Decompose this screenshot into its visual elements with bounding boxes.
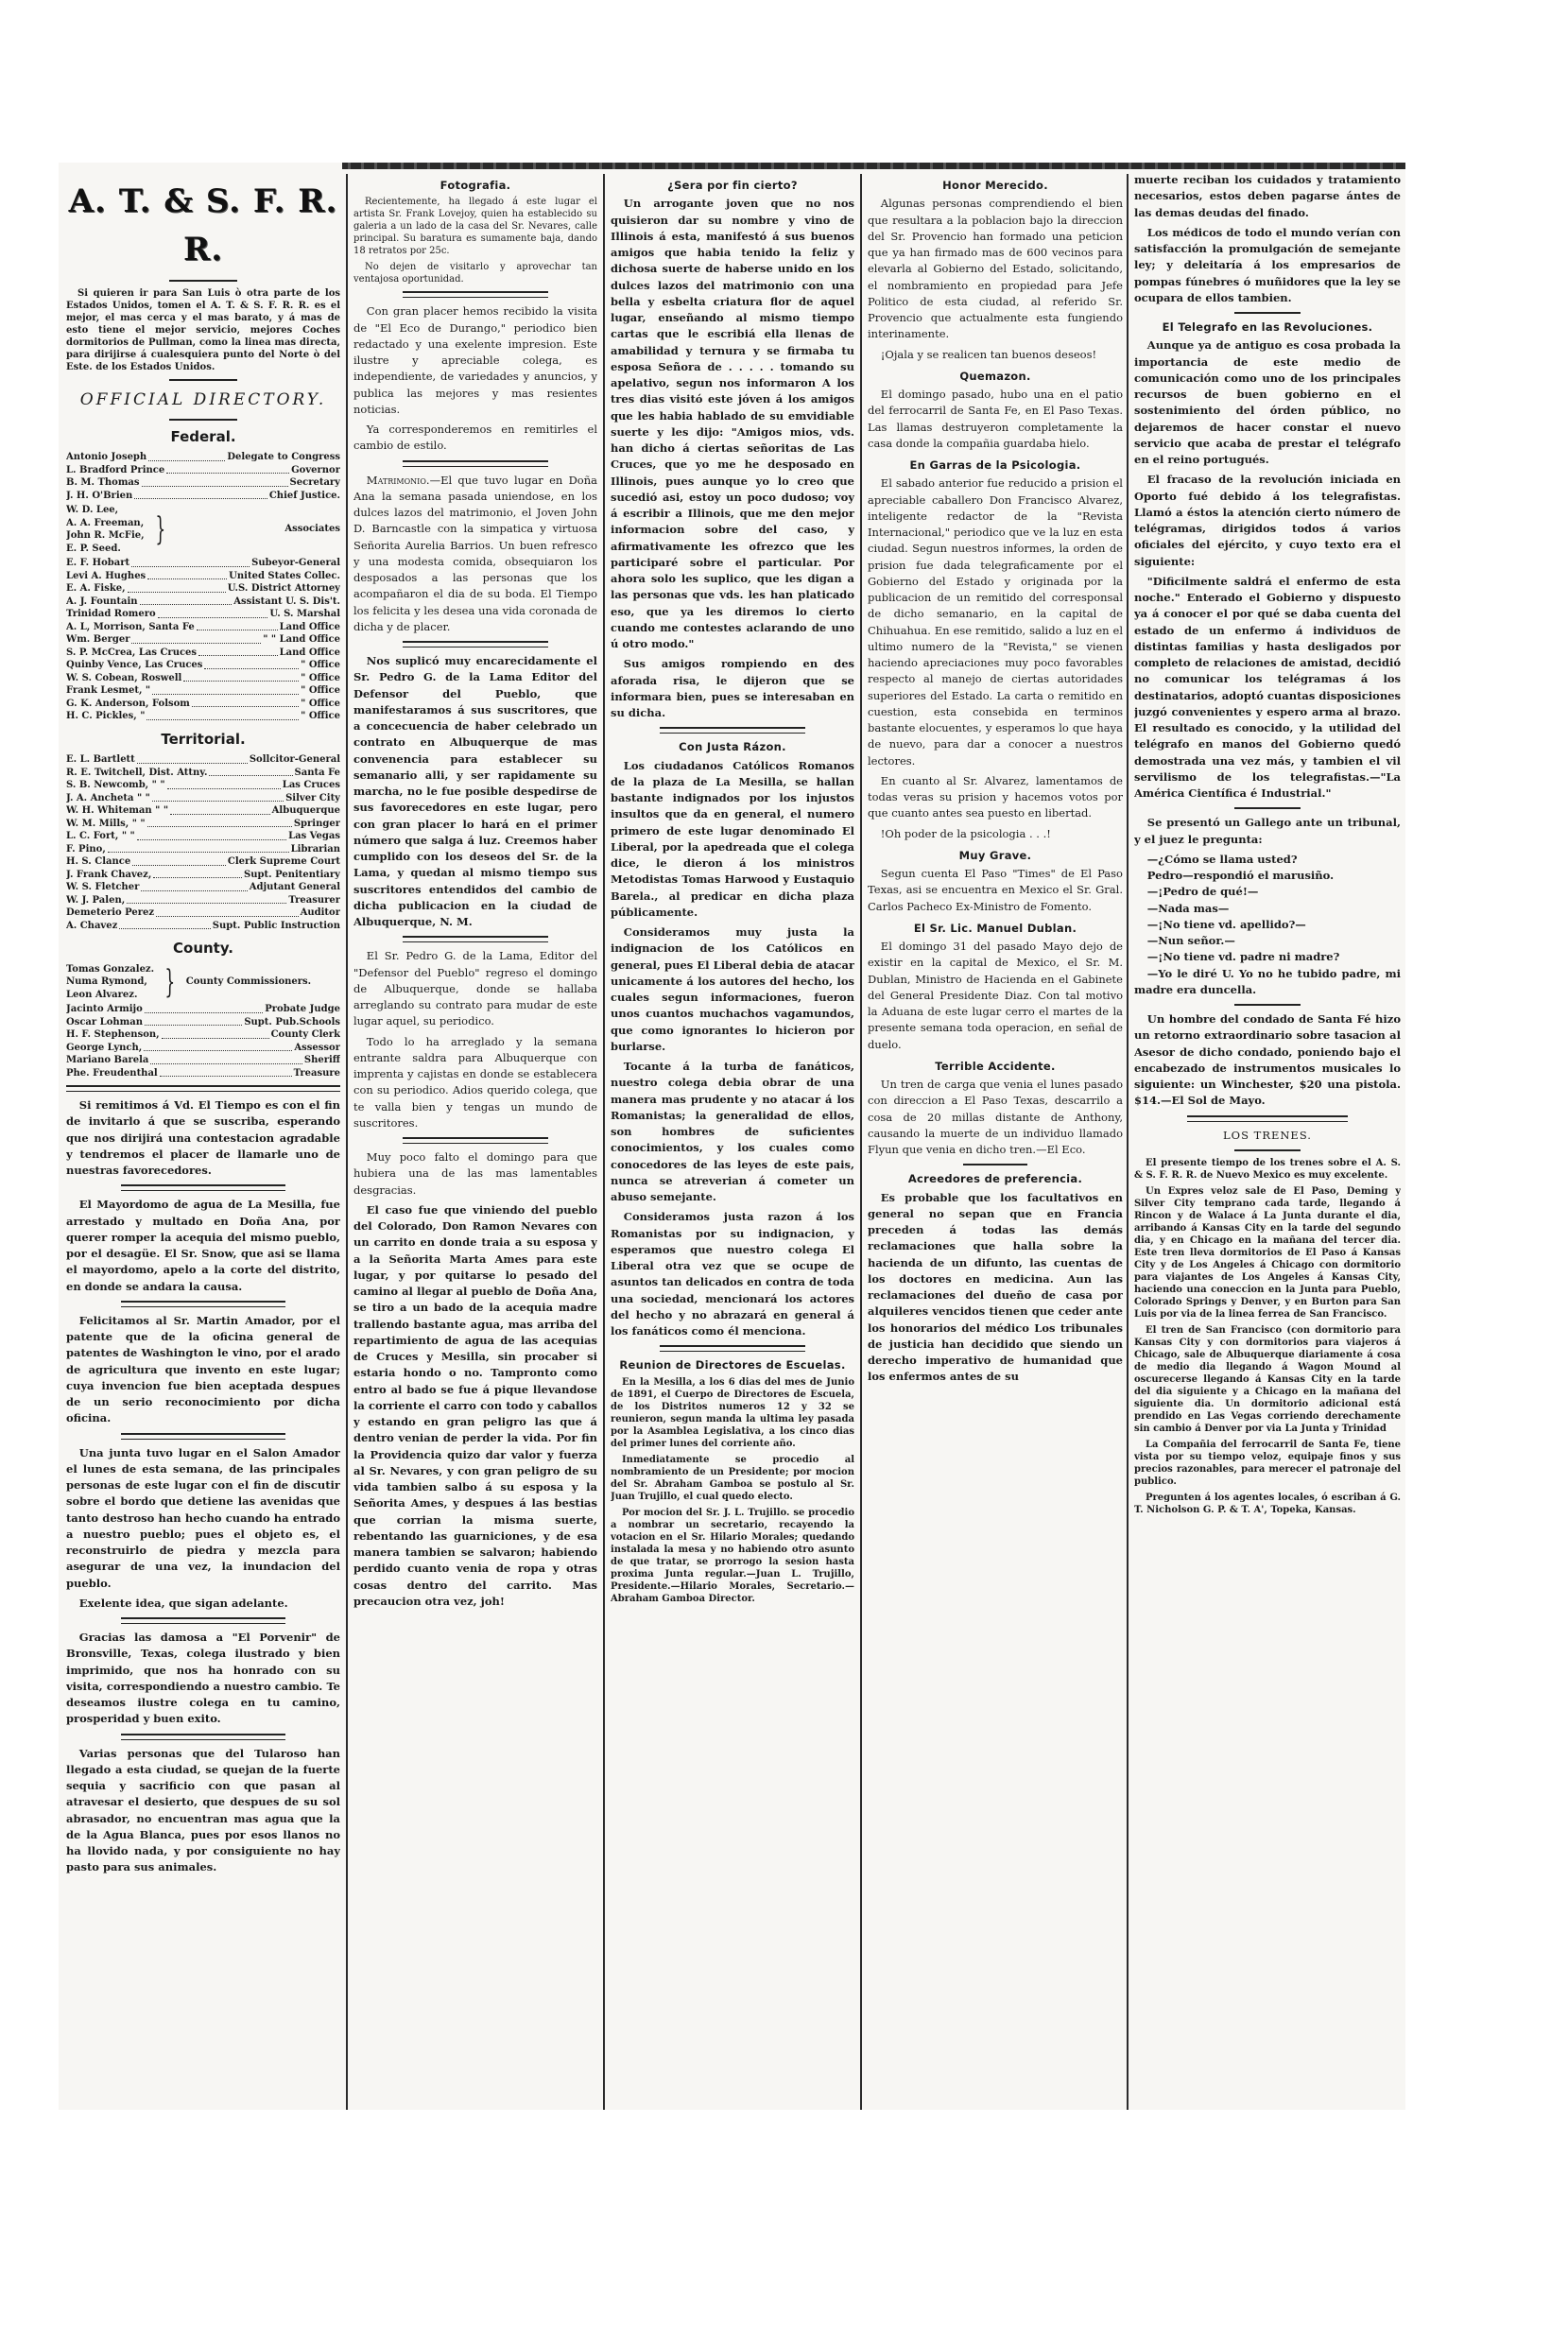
separator: [121, 1617, 285, 1624]
directory-row: Wm. Berger" " Land Office: [66, 633, 340, 647]
sera-cierto-text-2: Sus amigos rompiendo en des aforada risa…: [611, 656, 854, 721]
official-office: Land Office: [280, 647, 340, 660]
justa-razon-text-3: Tocante á la turba de fanáticos, nuestro…: [611, 1059, 854, 1205]
official-name: E. L. Bartlett: [66, 753, 135, 767]
separator: [121, 1184, 285, 1191]
leader-dots: [145, 1003, 263, 1013]
directory-row: E. A. Fiske,U.S. District Attorney: [66, 582, 340, 596]
official-name: A. A. Freeman,: [66, 517, 145, 530]
official-office: Las Vegas: [288, 830, 340, 843]
official-office: Silver City: [285, 792, 340, 805]
honor-merecido-text-2: ¡Ojala y se realicen tan buenos deseos!: [868, 347, 1123, 363]
separator: [403, 291, 549, 298]
separator: [403, 641, 549, 647]
official-name: W. J. Palen,: [66, 894, 125, 907]
official-office: " Office: [301, 710, 340, 723]
muy-grave-headline: Muy Grave.: [868, 848, 1123, 864]
directory-row: Levi A. HughesUnited States Collec.: [66, 570, 340, 583]
leader-dots: [131, 557, 250, 567]
official-office: U. S. Marshal: [269, 608, 340, 621]
leader-dots: [209, 767, 292, 777]
official-name: W. S. Fletcher: [66, 881, 139, 894]
official-office: United States Collec.: [229, 570, 340, 583]
separator: [169, 379, 238, 381]
dublan-text: El domingo 31 del pasado Mayo dejo de ex…: [868, 939, 1123, 1053]
trenes-text-5: Pregunten á los agentes locales, ó escri…: [1134, 1492, 1401, 1516]
muy-grave-text: Segun cuenta El Paso "Times" de El Paso …: [868, 866, 1123, 915]
federal-directory-list-2: E. F. HobartSubeyor-GeneralLevi A. Hughe…: [66, 557, 340, 723]
gallego-text: Se presentó un Gallego ante un tribunal,…: [1134, 815, 1401, 848]
leader-dots: [162, 1028, 269, 1039]
official-name: L. C. Fort, " ": [66, 830, 135, 843]
official-office: " Office: [301, 684, 340, 698]
official-name: Trinidad Romero: [66, 608, 156, 621]
federal-directory-list: Antonio JosephDelegate to CongressL. Bra…: [66, 451, 340, 502]
leader-dots: [152, 684, 299, 695]
leader-dots: [183, 672, 299, 682]
directory-row: F. Pino,Librarian: [66, 843, 340, 856]
directory-row: W. S. Cobean, Roswell" Office: [66, 672, 340, 685]
leader-dots: [145, 1016, 242, 1027]
directory-row: W. S. FletcherAdjutant General: [66, 881, 340, 894]
directory-row: A. ChavezSupt. Public Instruction: [66, 920, 340, 933]
official-name: J. Frank Chavez,: [66, 869, 151, 882]
directory-row: Quinby Vence, Las Cruces" Office: [66, 659, 340, 672]
separator: [1234, 1149, 1301, 1151]
directory-row: R. E. Twitchell, Dist. Attny.Santa Fe: [66, 767, 340, 780]
directory-row: A. J. FountainAssistant U. S. Dis't.: [66, 596, 340, 609]
column-divider: [603, 174, 605, 2110]
gallego-dialog: —¿Cómo se llama usted?Pedro—respondió el…: [1134, 852, 1401, 998]
official-name: A. J. Fountain: [66, 596, 138, 609]
official-name: E. P. Seed.: [66, 543, 145, 556]
local-news-item: Una junta tuvo lugar en el Salon Amador …: [66, 1445, 340, 1592]
leader-dots: [153, 869, 242, 879]
matrimonio-text: —El que tuvo lugar en Doña Ana la semana…: [353, 474, 597, 633]
local-news-item: Varias personas que del Tularoso han lle…: [66, 1746, 340, 1876]
column-5: muerte reciban los cuidados y tratamient…: [1134, 172, 1401, 2110]
trenes-text: El presente tiempo de los trenes sobre e…: [1134, 1157, 1401, 1182]
directory-row: Jacinto ArmijoProbate Judge: [66, 1003, 340, 1016]
trenes-text-3: El tren de San Francisco (con dormitorio…: [1134, 1324, 1401, 1435]
county-commissioners-group: Tomas Gonzalez.Numa Rymond,Leon Alvarez.…: [66, 963, 340, 1002]
psicologia-text-3: !Oh poder de la psicologia . . .!: [868, 826, 1123, 842]
directory-row: S. P. McCrea, Las CrucesLand Office: [66, 647, 340, 660]
railroad-masthead: A. T. & S. F. R. R.: [66, 178, 340, 274]
column-divider: [860, 174, 862, 2110]
dialog-line: —¿Cómo se llama usted?: [1134, 852, 1401, 868]
directory-row: L. Bradford PrinceGovernor: [66, 464, 340, 477]
leader-dots: [160, 1067, 292, 1078]
leader-dots: [158, 608, 268, 618]
fotografia-headline: Fotografia.: [353, 178, 597, 194]
official-office: Adjutant General: [250, 881, 340, 894]
official-office: Auditor: [301, 906, 340, 920]
column-1: A. T. & S. F. R. R. Si quieren ir para S…: [66, 172, 340, 2110]
separator: [121, 1301, 285, 1307]
official-office: Supt. Public Instruction: [213, 920, 340, 933]
leader-dots: [140, 596, 233, 606]
reunion-text: En la Mesilla, a los 6 dias del mes de J…: [611, 1376, 854, 1450]
official-office: Las Cruces: [283, 779, 340, 792]
directory-row: W. H. Whiteman " "Albuquerque: [66, 804, 340, 818]
separator: [1187, 1115, 1347, 1122]
leader-dots: [204, 659, 299, 669]
brace-icon: }: [165, 966, 176, 998]
directory-row: W. J. Palen,Treasurer: [66, 894, 340, 907]
commissioners-role: County Commissioners.: [186, 975, 340, 989]
local-news-item: Exelente idea, que sigan adelante.: [66, 1596, 340, 1612]
official-name: B. M. Thomas: [66, 476, 140, 490]
official-name: Wm. Berger: [66, 633, 129, 647]
local-news-item: El Mayordomo de agua de La Mesilla, fue …: [66, 1197, 340, 1295]
separator: [169, 419, 238, 421]
telegrafo-text-2: El fracaso de la revolución iniciada en …: [1134, 472, 1401, 570]
official-office: Governor: [291, 464, 340, 477]
dialog-line: —¡No tiene vd. apellido?—: [1134, 917, 1401, 933]
de-la-lama-text: El Sr. Pedro G. de la Lama, Editor del "…: [353, 948, 597, 1029]
official-name: Numa Rymond,: [66, 975, 154, 989]
leader-dots: [147, 818, 292, 828]
county-directory-list: Jacinto ArmijoProbate JudgeOscar LohmanS…: [66, 1003, 340, 1079]
directory-row: J. Frank Chavez,Supt. Penitentiary: [66, 869, 340, 882]
leader-dots: [170, 804, 270, 815]
official-office: Treasurer: [288, 894, 340, 907]
local-news-item: Felicitamos al Sr. Martin Amador, por el…: [66, 1313, 340, 1427]
associates-role: Associates: [176, 523, 340, 536]
matrimonio-article: Matrimonio.—El que tuvo lugar en Doña An…: [353, 473, 597, 636]
directory-row: Antonio JosephDelegate to Congress: [66, 451, 340, 464]
matrimonio-lead: Matrimonio.: [367, 474, 430, 487]
official-name: Antonio Joseph: [66, 451, 146, 464]
accidente-intro: Muy poco falto el domingo para que hubie…: [353, 1149, 597, 1199]
official-name: J. H. O'Brien: [66, 490, 132, 503]
psicologia-text-2: En cuanto al Sr. Alvarez, lamentamos de …: [868, 773, 1123, 822]
dialog-line: —Yo le diré U. Yo no he tubido padre, mi…: [1134, 966, 1401, 999]
official-name: Phe. Freudenthal: [66, 1067, 158, 1080]
leader-dots: [198, 647, 278, 657]
official-office: Land Office: [280, 621, 340, 634]
official-office: Assistant U. S. Dis't.: [233, 596, 340, 609]
directory-row: Trinidad RomeroU. S. Marshal: [66, 608, 340, 621]
official-name: J. A. Ancheta " ": [66, 792, 150, 805]
official-office: Supt. Pub.Schools: [244, 1016, 340, 1029]
de-la-lama-text-2: Todo lo ha arreglado y la semana entrant…: [353, 1034, 597, 1132]
official-office: County Clerk: [271, 1028, 340, 1042]
directory-row: Frank Lesmet, "" Office: [66, 684, 340, 698]
eco-durango-text-2: Ya corresponderemos en remitirles el cam…: [353, 422, 597, 455]
leader-dots: [137, 753, 248, 764]
column-3: ¿Sera por fin cierto? Un arrogante joven…: [611, 172, 854, 2110]
official-name: A. Chavez: [66, 920, 117, 933]
directory-row: Demeterio PerezAuditor: [66, 906, 340, 920]
official-name: Leon Alvarez.: [66, 989, 154, 1002]
official-office: Supt. Penitentiary: [244, 869, 340, 882]
official-name: Frank Lesmet, ": [66, 684, 150, 698]
separator: [1234, 1004, 1301, 1006]
official-name: H. C. Pickles, ": [66, 710, 145, 723]
separator: [1234, 807, 1301, 809]
official-office: Clerk Supreme Court: [228, 855, 340, 869]
leader-dots: [144, 1042, 292, 1052]
official-name: W. S. Cobean, Roswell: [66, 672, 181, 685]
telegrafo-text-3: "Dificilmente saldrá el enfermo de esta …: [1134, 574, 1401, 803]
psicologia-text: El sabado anterior fue reducido a prisio…: [868, 475, 1123, 769]
leader-dots: [147, 570, 227, 580]
official-name: W. D. Lee,: [66, 504, 145, 517]
leader-dots: [127, 894, 286, 905]
territorial-directory-list: E. L. BartlettSollcitor-GeneralR. E. Twi…: [66, 753, 340, 932]
territorial-heading: Territorial.: [66, 729, 340, 751]
official-name: S. B. Newcomb, " ": [66, 779, 165, 792]
official-name: F. Pino,: [66, 843, 106, 856]
directory-row: George Lynch,Assessor: [66, 1042, 340, 1055]
telegrafo-text: Aunque ya de antiguo es cosa probada la …: [1134, 337, 1401, 468]
reunion-text-2: Inmediatamente se procedio al nombramien…: [611, 1454, 854, 1503]
justa-razon-text: Los ciudadanos Católicos Romanos de la p…: [611, 758, 854, 922]
leader-dots: [131, 633, 261, 644]
federal-heading: Federal.: [66, 426, 340, 448]
fotografia-text-2: No dejen de visitarlo y aprovechar tan v…: [353, 261, 597, 285]
separator: [660, 1345, 806, 1352]
leader-dots: [167, 779, 281, 789]
fotografia-text: Recientemente, ha llegado á este lugar e…: [353, 196, 597, 257]
directory-row: E. L. BartlettSollcitor-General: [66, 753, 340, 767]
reunion-headline: Reunion de Directores de Escuelas.: [611, 1357, 854, 1373]
official-office: Springer: [294, 818, 340, 831]
county-heading: County.: [66, 938, 340, 959]
commissioner-names: Tomas Gonzalez.Numa Rymond,Leon Alvarez.: [66, 963, 154, 1002]
official-office: Sheriff: [304, 1054, 340, 1067]
official-office: " Office: [301, 698, 340, 711]
column-4: Honor Merecido. Algunas personas compren…: [868, 172, 1123, 2110]
sera-cierto-text: Un arrogante joven que no nos quisieron …: [611, 196, 854, 652]
official-name: H. F. Stephenson,: [66, 1028, 160, 1042]
separator: [660, 727, 806, 734]
column-divider: [1127, 174, 1129, 2110]
official-name: Mariano Barela: [66, 1054, 148, 1067]
column-divider: [346, 174, 348, 2110]
separator: [403, 460, 549, 467]
leader-dots: [142, 476, 288, 487]
official-name: Quinby Vence, Las Cruces: [66, 659, 202, 672]
leader-dots: [146, 710, 299, 720]
official-office: Delegate to Congress: [227, 451, 340, 464]
official-name: Oscar Lohman: [66, 1016, 143, 1029]
leader-dots: [134, 490, 267, 500]
official-office: " " Land Office: [263, 633, 340, 647]
official-office: Chief Justice.: [269, 490, 340, 503]
official-name: S. P. McCrea, Las Cruces: [66, 647, 197, 660]
leader-dots: [152, 792, 284, 803]
terrible-accidente-headline: Terrible Accidente.: [868, 1059, 1123, 1075]
telegrafo-headline: El Telegrafo en las Revoluciones.: [1134, 319, 1401, 336]
separator: [403, 936, 549, 942]
quemazon-text: El domingo pasado, hubo una en el patio …: [868, 387, 1123, 452]
honor-merecido-headline: Honor Merecido.: [868, 178, 1123, 194]
official-name: A. L, Morrison, Santa Fe: [66, 621, 195, 634]
official-name: E. F. Hobart: [66, 557, 129, 570]
leader-dots: [192, 698, 299, 708]
directory-row: H. F. Stephenson,County Clerk: [66, 1028, 340, 1042]
terrible-accidente-text: Un tren de carga que venia el lunes pasa…: [868, 1077, 1123, 1158]
trenes-text-2: Un Expres veloz sale de El Paso, Deming …: [1134, 1185, 1401, 1321]
local-news-item: Gracias las damosa a "El Porvenir" de Br…: [66, 1630, 340, 1728]
directory-row: S. B. Newcomb, " "Las Cruces: [66, 779, 340, 792]
los-trenes-headline: LOS TRENES.: [1134, 1128, 1401, 1144]
leader-dots: [156, 906, 299, 917]
official-office: Albuquerque: [272, 804, 340, 818]
official-office: Sollcitor-General: [250, 753, 340, 767]
official-name: Jacinto Armijo: [66, 1003, 143, 1016]
official-office: " Office: [301, 672, 340, 685]
directory-row: J. A. Ancheta " "Silver City: [66, 792, 340, 805]
directory-row: Phe. FreudenthalTreasure: [66, 1067, 340, 1080]
local-news-articles: Si remitimos á Vd. El Tiempo es con el f…: [66, 1097, 340, 1876]
dialog-line: —Nada mas—: [1134, 901, 1401, 917]
official-office: " Office: [301, 659, 340, 672]
official-name: R. E. Twitchell, Dist. Attny.: [66, 767, 207, 780]
directory-row: E. F. HobartSubeyor-General: [66, 557, 340, 570]
acreedores-headline: Acreedores de preferencia.: [868, 1171, 1123, 1187]
official-name: Tomas Gonzalez.: [66, 963, 154, 976]
acreedores-text: Es probable que los facultativos en gene…: [868, 1190, 1123, 1386]
official-name: H. S. Clance: [66, 855, 130, 869]
official-office: Santa Fe: [295, 767, 340, 780]
federal-associates-group: W. D. Lee,A. A. Freeman,John R. McFie,E.…: [66, 504, 340, 555]
dialog-line: —¡Pedro de qué!—: [1134, 884, 1401, 900]
quemazon-headline: Quemazon.: [868, 369, 1123, 385]
official-name: G. K. Anderson, Folsom: [66, 698, 190, 711]
acreedores-continued-text-2: Los médicos de todo el mundo verían con …: [1134, 225, 1401, 306]
official-office: Probate Judge: [265, 1003, 340, 1016]
local-news-item: Si remitimos á Vd. El Tiempo es con el f…: [66, 1097, 340, 1179]
leader-dots: [148, 451, 225, 461]
leader-dots: [137, 830, 286, 840]
railroad-ad-text: Si quieren ir para San Luis ò otra parte…: [66, 287, 340, 373]
trenes-text-4: La Compañia del ferrocarril de Santa Fe,…: [1134, 1439, 1401, 1488]
official-office: Librarian: [291, 843, 340, 856]
justa-razon-text-4: Consideramos justa razon á los Romanista…: [611, 1209, 854, 1339]
psicologia-headline: En Garras de la Psicologia.: [868, 458, 1123, 474]
official-office: U.S. District Attorney: [228, 582, 340, 596]
leader-dots: [132, 855, 226, 866]
dialog-line: —¡No tiene vd. padre ni madre?: [1134, 949, 1401, 965]
directory-row: B. M. ThomasSecretary: [66, 476, 340, 490]
justa-razon-headline: Con Justa Rázon.: [611, 739, 854, 755]
official-name: L. Bradford Prince: [66, 464, 164, 477]
directory-row: H. C. Pickles, "" Office: [66, 710, 340, 723]
reunion-text-3: Por mocion del Sr. J. L. Trujillo. se pr…: [611, 1507, 854, 1605]
official-office: Assessor: [294, 1042, 340, 1055]
leader-dots: [150, 1054, 302, 1064]
official-directory-title: OFFICIAL DIRECTORY.: [66, 388, 340, 413]
dialog-line: Pedro—respondió el marusiño.: [1134, 868, 1401, 884]
leader-dots: [166, 464, 289, 475]
official-name: John R. McFie,: [66, 529, 145, 543]
separator: [963, 1164, 1027, 1165]
official-name: Levi A. Hughes: [66, 570, 146, 583]
associate-names: W. D. Lee,A. A. Freeman,John R. McFie,E.…: [66, 504, 145, 555]
sera-cierto-headline: ¿Sera por fin cierto?: [611, 178, 854, 194]
separator: [121, 1433, 285, 1440]
separator: [169, 280, 238, 282]
directory-row: A. L, Morrison, Santa FeLand Office: [66, 621, 340, 634]
leader-dots: [119, 920, 211, 930]
honor-merecido-text: Algunas personas comprendiendo el bien q…: [868, 196, 1123, 342]
dublan-headline: El Sr. Lic. Manuel Dublan.: [868, 921, 1123, 937]
leader-dots: [141, 881, 247, 891]
brace-icon: }: [155, 513, 165, 545]
official-office: Treasure: [294, 1067, 340, 1080]
separator: [1234, 312, 1301, 314]
official-name: Demeterio Perez: [66, 906, 154, 920]
official-name: W. M. Mills, " ": [66, 818, 146, 831]
official-name: W. H. Whiteman " ": [66, 804, 168, 818]
eco-durango-text: Con gran placer hemos recibido la visita…: [353, 303, 597, 418]
directory-row: Oscar LohmanSupt. Pub.Schools: [66, 1016, 340, 1029]
directory-row: H. S. ClanceClerk Supreme Court: [66, 855, 340, 869]
acreedores-continued-text: muerte reciban los cuidados y tratamient…: [1134, 172, 1401, 221]
official-office: Subeyor-General: [251, 557, 340, 570]
top-border-rule: [342, 163, 1405, 169]
column-2: Fotografia. Recientemente, ha llegado á …: [353, 172, 597, 2110]
newspaper-page: A. T. & S. F. R. R. Si quieren ir para S…: [59, 163, 1405, 2110]
separator: [121, 1734, 285, 1740]
suplico-text: Nos suplicó muy encarecidamente el Sr. P…: [353, 653, 597, 930]
accidente-text: El caso fue que viniendo del pueblo del …: [353, 1202, 597, 1610]
directory-row: L. C. Fort, " "Las Vegas: [66, 830, 340, 843]
leader-dots: [128, 582, 226, 593]
official-name: E. A. Fiske,: [66, 582, 126, 596]
santa-fe-text: Un hombre del condado de Santa Fé hizo u…: [1134, 1011, 1401, 1110]
leader-dots: [197, 621, 278, 631]
directory-row: G. K. Anderson, Folsom" Office: [66, 698, 340, 711]
official-name: George Lynch,: [66, 1042, 142, 1055]
leader-dots: [108, 843, 289, 854]
official-office: Secretary: [290, 476, 340, 490]
directory-row: W. M. Mills, " "Springer: [66, 818, 340, 831]
directory-row: J. H. O'BrienChief Justice.: [66, 490, 340, 503]
justa-razon-text-2: Consideramos muy justa la indignacion de…: [611, 924, 854, 1055]
dialog-line: —Nun señor.—: [1134, 933, 1401, 949]
separator: [403, 1137, 549, 1144]
directory-row: Mariano BarelaSheriff: [66, 1054, 340, 1067]
separator: [66, 1085, 340, 1092]
